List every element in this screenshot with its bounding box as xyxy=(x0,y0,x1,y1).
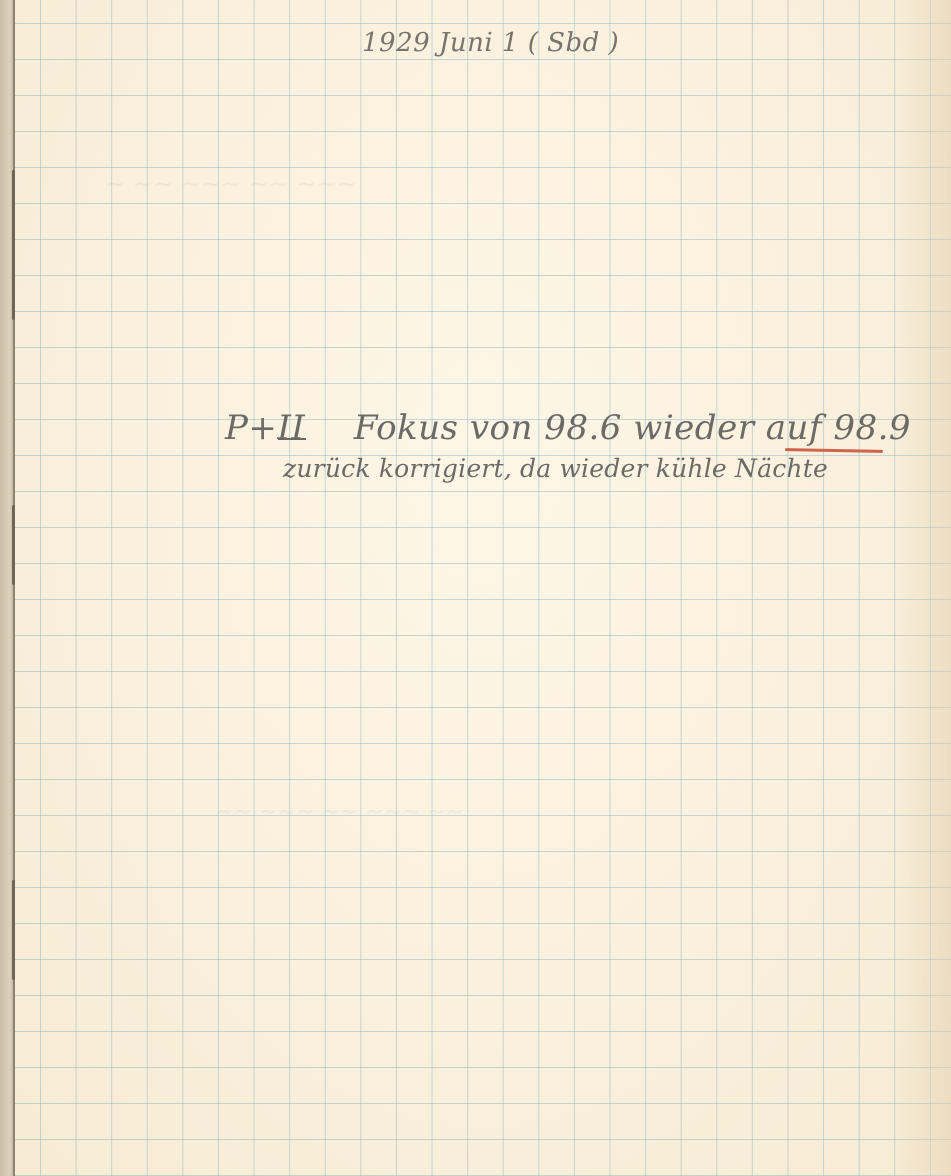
bleed-through-text: ~ ~~ ~~~ ~~ ~~~ xyxy=(105,170,357,198)
binding-shadow xyxy=(12,505,15,585)
instrument-label: P+II xyxy=(225,408,305,448)
binding-shadow xyxy=(12,880,15,980)
entry-line-1: P+II Fokus von 98.6 wieder auf 98.9 xyxy=(225,408,911,448)
entry-line-2: zurück korrigiert, da wieder kühle Nächt… xyxy=(283,454,828,483)
notebook-page: ~ ~~ ~~~ ~~ ~~~ ~~ ~~~ ~~ ~~~ ~~ xyxy=(13,0,951,1176)
entry-date-header: 1929 Juni 1 ( Sbd ) xyxy=(362,28,619,58)
label-underline xyxy=(278,438,306,440)
binding-shadow xyxy=(12,170,15,320)
scanned-notebook-spread: ~ ~~ ~~~ ~~ ~~~ ~~ ~~~ ~~ ~~~ ~~ 1929 Ju… xyxy=(0,0,951,1176)
bleed-through-text: ~~ ~~~ ~~ ~~~ ~~ xyxy=(215,800,464,825)
focus-note: Fokus von 98.6 wieder auf 98.9 xyxy=(354,408,911,448)
